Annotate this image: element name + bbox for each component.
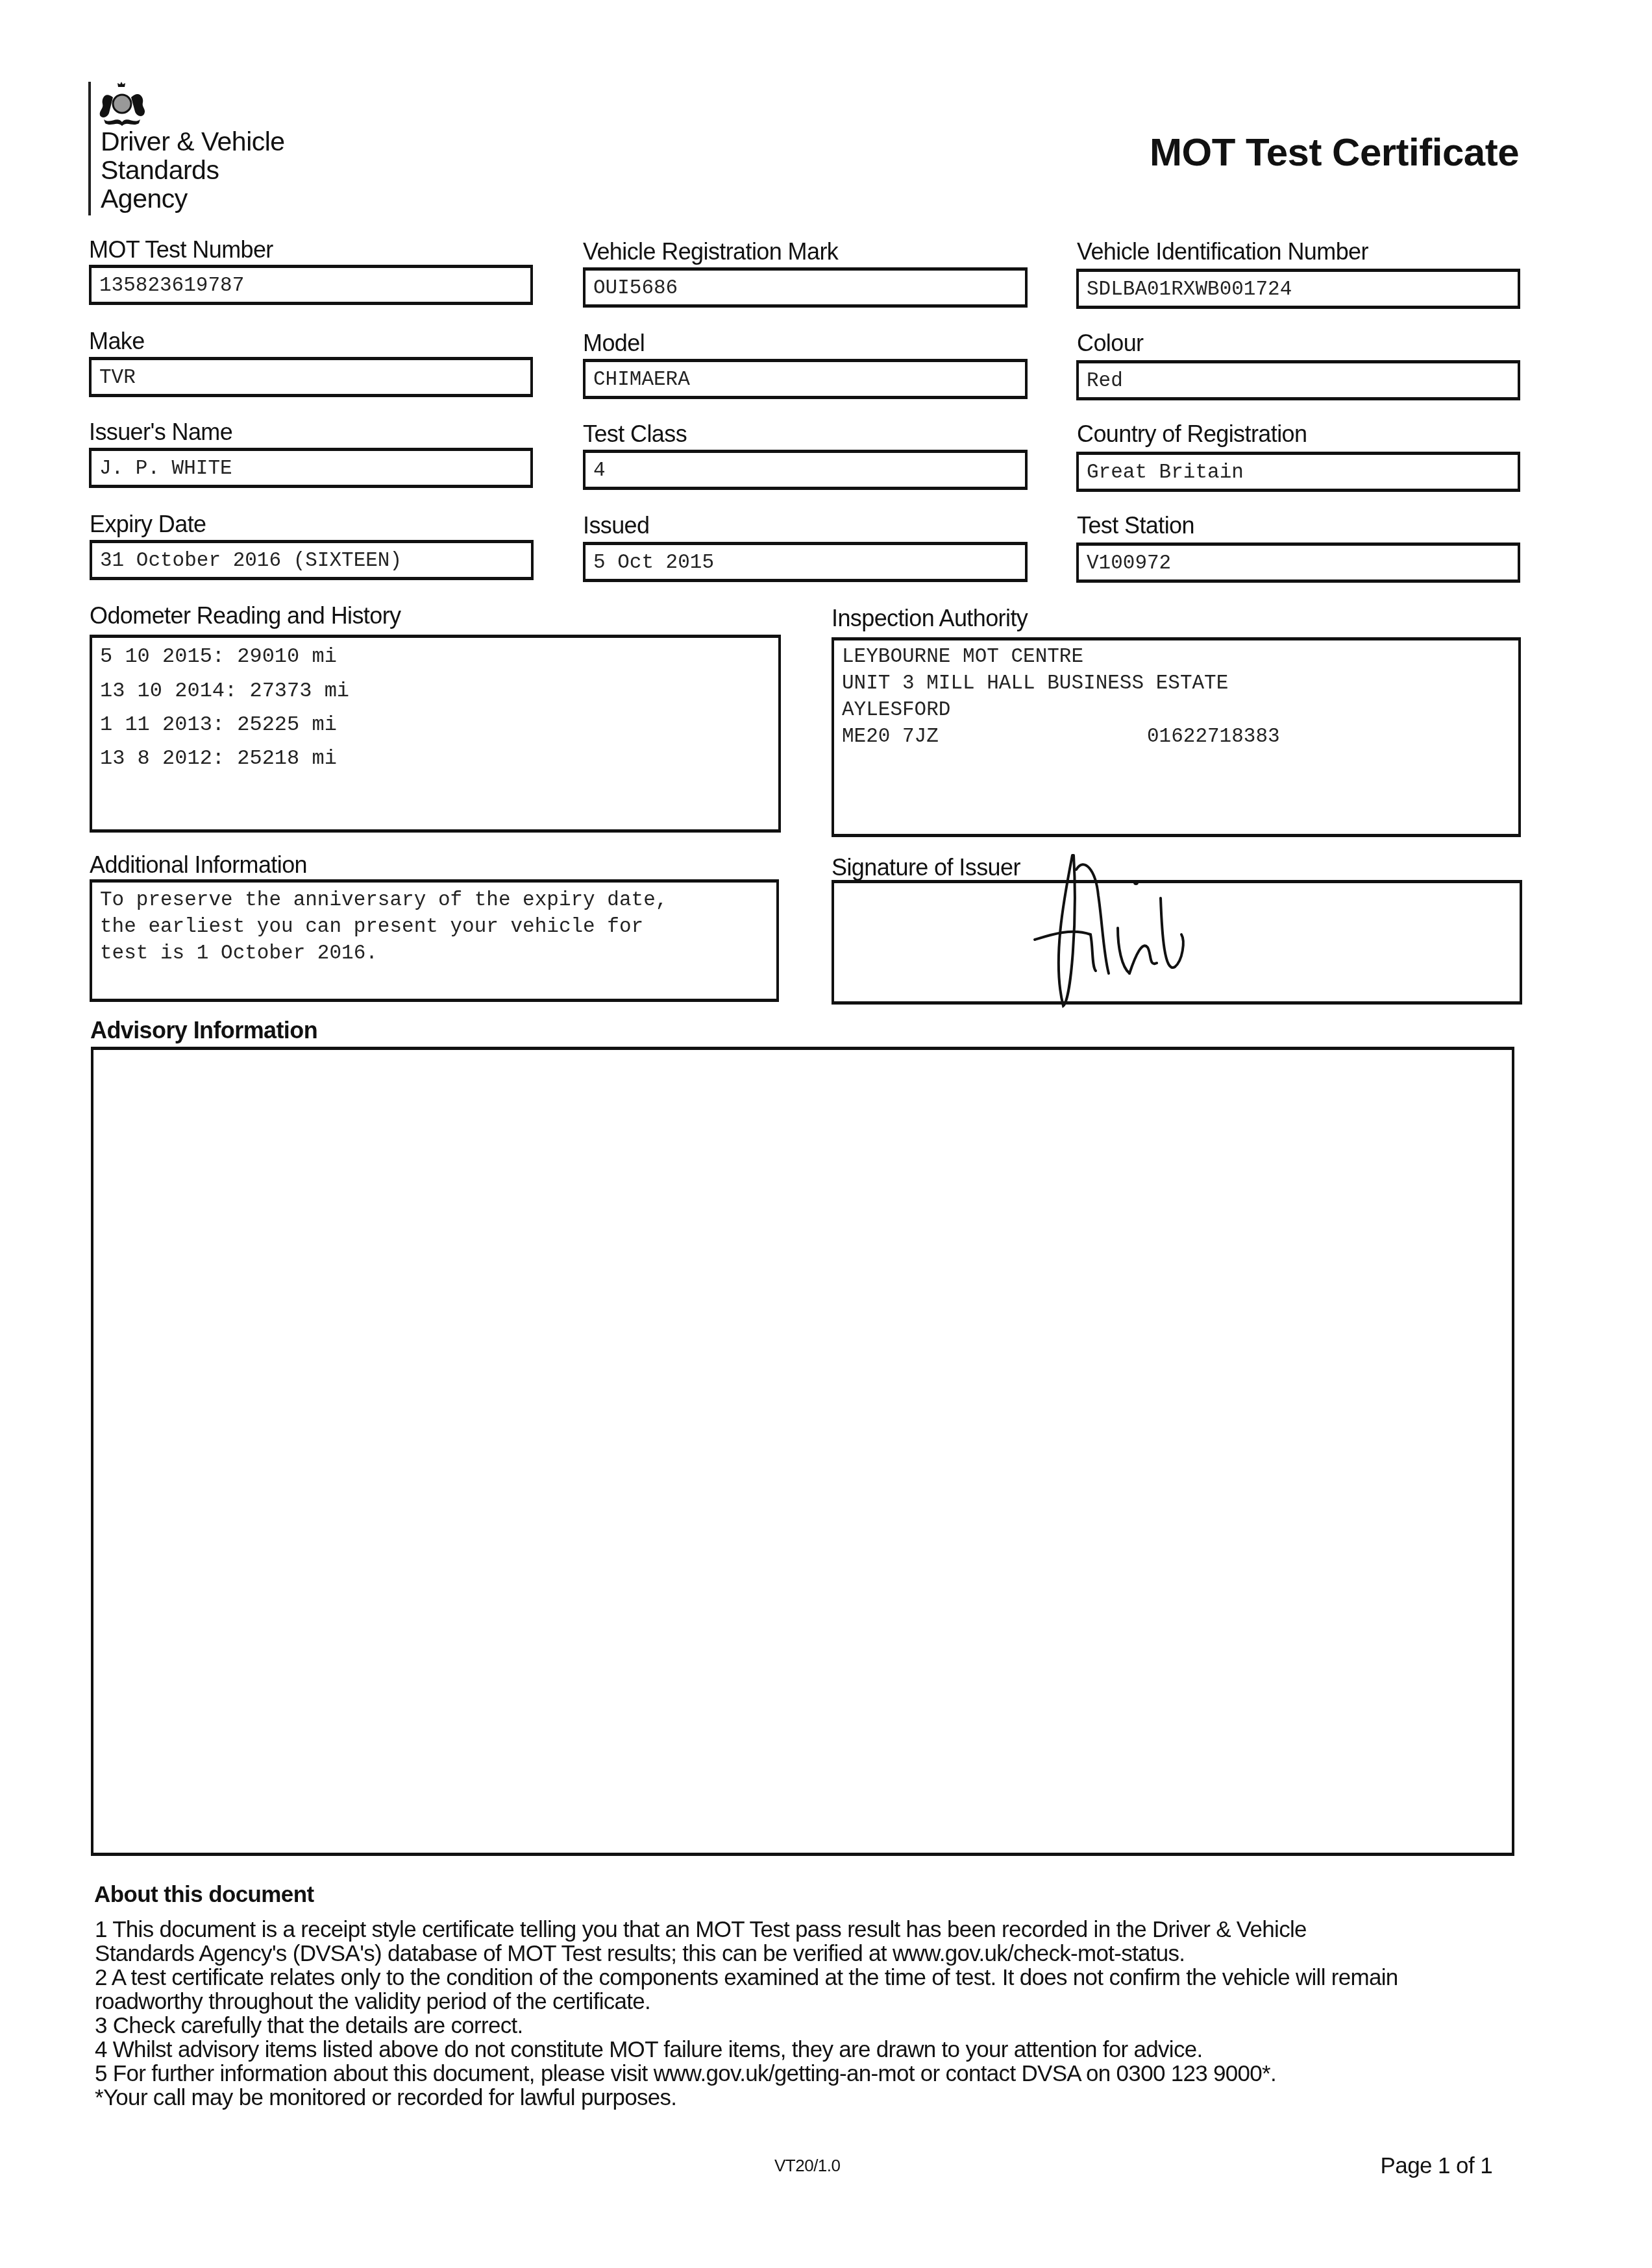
royal-coat-of-arms-icon bbox=[99, 82, 148, 130]
additional-info-line: To preserve the anniversary of the expir… bbox=[100, 889, 667, 912]
page-title: MOT Test Certificate bbox=[1150, 130, 1519, 175]
make-value: TVR bbox=[99, 367, 136, 389]
inspection-authority-box: LEYBOURNE MOT CENTRE UNIT 3 MILL HALL BU… bbox=[832, 637, 1521, 837]
model-field: CHIMAERA bbox=[583, 359, 1028, 399]
about-line: roadworthy throughout the validity perio… bbox=[95, 1990, 1398, 2014]
handwritten-signature-icon bbox=[1026, 844, 1259, 1012]
agency-line: Standards bbox=[101, 156, 285, 184]
expiry-date-label: Expiry Date bbox=[90, 511, 206, 538]
colour-value: Red bbox=[1087, 370, 1123, 393]
form-code: VT20/1.0 bbox=[774, 2156, 841, 2176]
inspection-authority-label: Inspection Authority bbox=[832, 605, 1028, 632]
signature-label: Signature of Issuer bbox=[832, 854, 1020, 881]
authority-postcode: ME20 7JZ bbox=[842, 726, 939, 748]
additional-info-box: To preserve the anniversary of the expir… bbox=[90, 879, 779, 1002]
make-field: TVR bbox=[89, 357, 533, 397]
vin-field: SDLBA01RXWB001724 bbox=[1076, 269, 1520, 309]
page-indicator: Page 1 of 1 bbox=[1381, 2153, 1492, 2179]
colour-label: Colour bbox=[1077, 330, 1143, 357]
vin-value: SDLBA01RXWB001724 bbox=[1087, 278, 1292, 301]
logo-divider bbox=[88, 82, 91, 215]
test-class-label: Test Class bbox=[583, 421, 687, 448]
mot-test-number-value: 135823619787 bbox=[99, 274, 244, 297]
agency-line: Agency bbox=[101, 184, 285, 213]
issuers-name-value: J. P. WHITE bbox=[99, 457, 232, 480]
odometer-entry: 1 11 2013: 25225 mi bbox=[100, 713, 337, 737]
additional-info-label: Additional Information bbox=[90, 851, 307, 879]
make-label: Make bbox=[89, 328, 145, 355]
expiry-date-field: 31 October 2016 (SIXTEEN) bbox=[90, 540, 534, 580]
about-line: 3 Check carefully that the details are c… bbox=[95, 2014, 1398, 2038]
mot-test-number-field: 135823619787 bbox=[89, 265, 533, 305]
about-line: 2 A test certificate relates only to the… bbox=[95, 1966, 1398, 1990]
colour-field: Red bbox=[1076, 360, 1520, 400]
test-class-field: 4 bbox=[583, 450, 1028, 490]
issued-value: 5 Oct 2015 bbox=[593, 552, 714, 574]
vrm-label: Vehicle Registration Mark bbox=[583, 238, 838, 265]
test-station-label: Test Station bbox=[1077, 512, 1194, 539]
advisory-box bbox=[91, 1047, 1514, 1856]
authority-name: LEYBOURNE MOT CENTRE bbox=[842, 646, 1083, 668]
authority-town: AYLESFORD bbox=[842, 699, 950, 722]
country-value: Great Britain bbox=[1087, 461, 1244, 484]
about-line: 1 This document is a receipt style certi… bbox=[95, 1918, 1398, 1942]
model-value: CHIMAERA bbox=[593, 369, 690, 391]
issuers-name-field: J. P. WHITE bbox=[89, 448, 533, 488]
issued-field: 5 Oct 2015 bbox=[583, 542, 1028, 582]
advisory-label: Advisory Information bbox=[90, 1017, 317, 1044]
authority-phone: 01622718383 bbox=[1147, 726, 1280, 748]
authority-address: UNIT 3 MILL HALL BUSINESS ESTATE bbox=[842, 672, 1228, 695]
expiry-date-value: 31 October 2016 (SIXTEEN) bbox=[100, 550, 402, 572]
additional-info-line: the earliest you can present your vehicl… bbox=[100, 916, 643, 938]
country-field: Great Britain bbox=[1076, 452, 1520, 492]
odometer-entry: 13 10 2014: 27373 mi bbox=[100, 679, 349, 703]
test-station-value: V100972 bbox=[1087, 552, 1171, 575]
additional-info-line: test is 1 October 2016. bbox=[100, 942, 378, 965]
odometer-box: 5 10 2015: 29010 mi 13 10 2014: 27373 mi… bbox=[90, 635, 781, 833]
odometer-label: Odometer Reading and History bbox=[90, 602, 401, 629]
test-station-field: V100972 bbox=[1076, 543, 1520, 583]
odometer-entry: 13 8 2012: 25218 mi bbox=[100, 746, 337, 770]
about-list: 1 This document is a receipt style certi… bbox=[95, 1918, 1398, 2110]
about-heading: About this document bbox=[94, 1882, 314, 1908]
about-line: 5 For further information about this doc… bbox=[95, 2062, 1398, 2086]
model-label: Model bbox=[583, 330, 645, 357]
agency-line: Driver & Vehicle bbox=[101, 127, 285, 156]
test-class-value: 4 bbox=[593, 459, 606, 482]
vrm-value: OUI5686 bbox=[593, 277, 678, 300]
vrm-field: OUI5686 bbox=[583, 267, 1028, 308]
mot-test-number-label: MOT Test Number bbox=[89, 236, 273, 263]
vin-label: Vehicle Identification Number bbox=[1077, 238, 1368, 265]
country-label: Country of Registration bbox=[1077, 421, 1307, 448]
agency-name: Driver & Vehicle Standards Agency bbox=[101, 127, 285, 213]
issued-label: Issued bbox=[583, 512, 649, 539]
issuers-name-label: Issuer's Name bbox=[89, 419, 232, 446]
about-line: 4 Whilst advisory items listed above do … bbox=[95, 2038, 1398, 2062]
about-line: *Your call may be monitored or recorded … bbox=[95, 2086, 1398, 2110]
about-line: Standards Agency's (DVSA's) database of … bbox=[95, 1942, 1398, 1966]
odometer-entry: 5 10 2015: 29010 mi bbox=[100, 644, 337, 668]
